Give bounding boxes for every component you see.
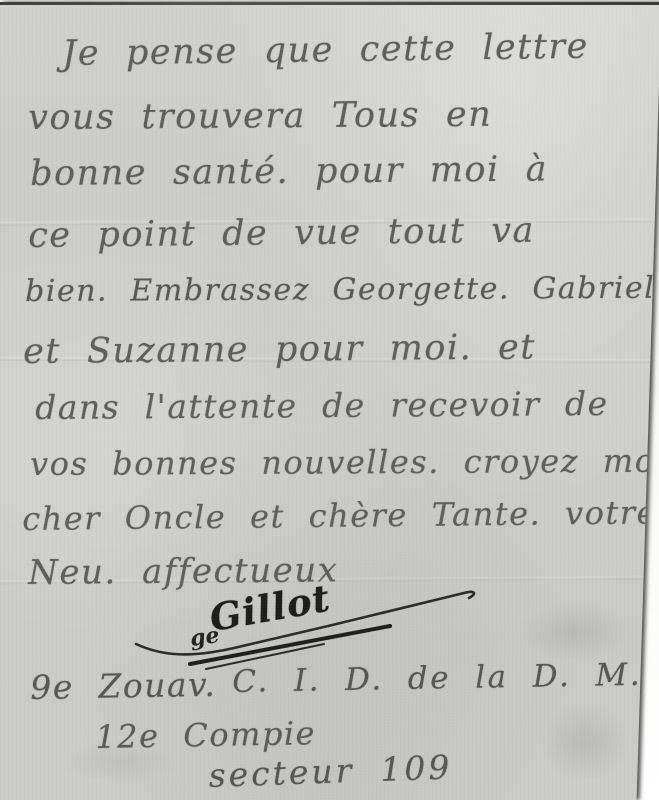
handwritten-line: bonne santé. pour moi à xyxy=(30,149,548,194)
paper-shadow: Je pense que cette lettre vous trouvera … xyxy=(0,0,659,800)
paper-top-edge xyxy=(0,2,659,5)
footer-unit: 9e Zouav. xyxy=(30,665,217,707)
ink-bleed-smudge xyxy=(540,702,630,782)
letter-paper: Je pense que cette lettre vous trouvera … xyxy=(0,2,659,800)
scanned-letter-page: Je pense que cette lettre vous trouvera … xyxy=(0,0,659,800)
footer-company: 12e Compie xyxy=(95,714,316,756)
handwritten-line: cher Oncle et chère Tante. votre xyxy=(22,493,657,538)
handwritten-line: dans l'attente de recevoir de xyxy=(35,384,609,427)
handwritten-line: bien. Embrassez Georgette. Gabrielle xyxy=(25,271,659,309)
footer-sector: secteur 109 xyxy=(208,747,453,794)
handwritten-line: ce point de vue tout va xyxy=(28,211,535,256)
ink-bleed-smudge xyxy=(520,602,630,662)
handwritten-line: Je pense que cette lettre xyxy=(62,27,589,74)
footer-organization: C. I. D. de la D. M. xyxy=(232,657,642,700)
handwritten-line: vous trouvera Tous en xyxy=(28,95,492,138)
handwritten-line: vos bonnes nouvelles. croyez moi xyxy=(30,442,659,483)
handwritten-line: et Suzanne pour moi. et xyxy=(23,328,536,372)
